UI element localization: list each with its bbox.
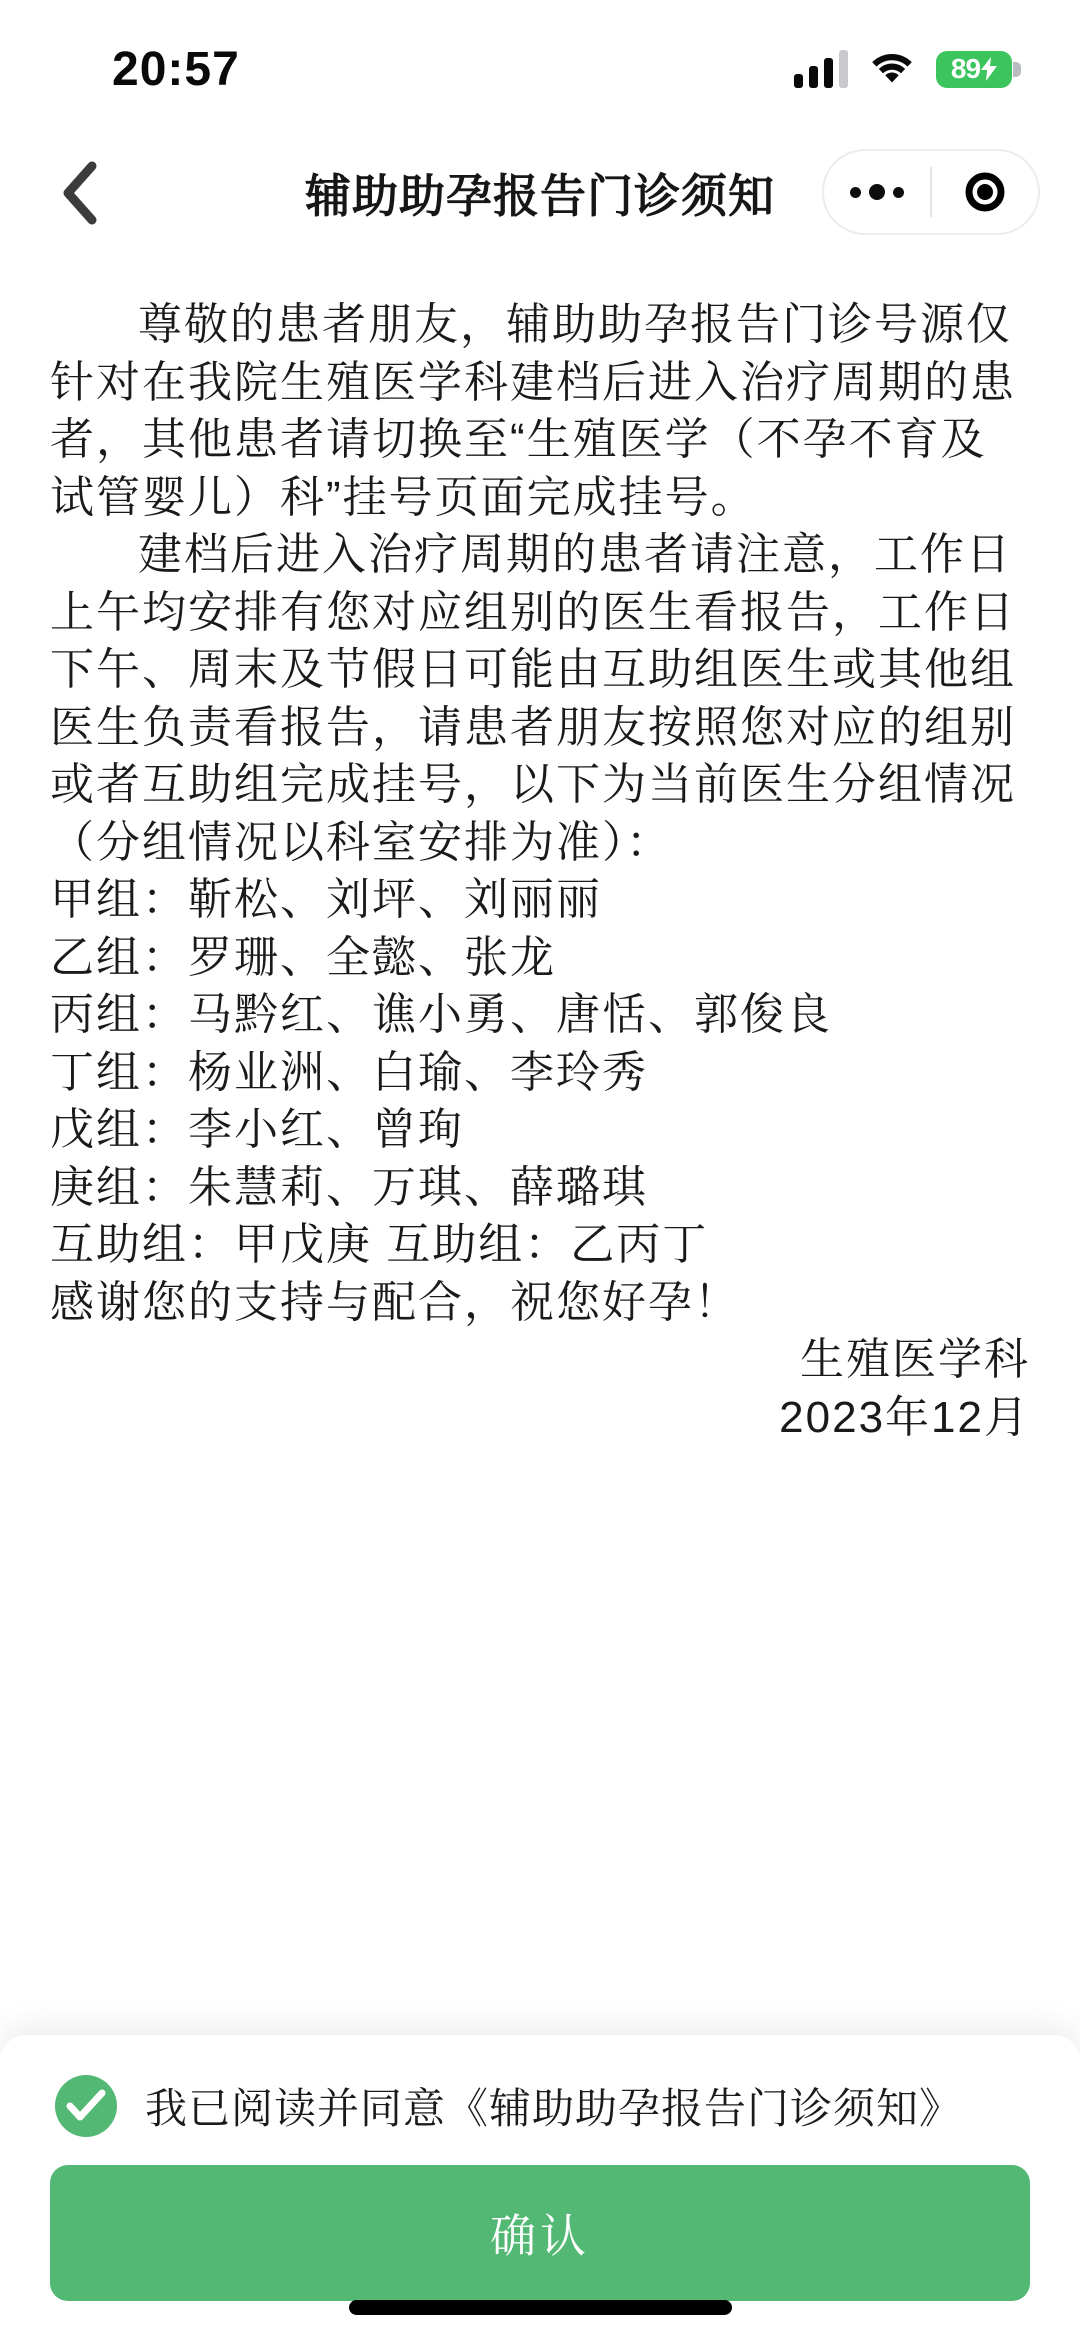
notice-paragraph: 尊敬的患者朋友，辅助助孕报告门诊号源仅针对在我院生殖医学科建档后进入治疗周期的患… [50, 296, 1030, 526]
bottom-sheet: 我已阅读并同意《辅助助孕报告门诊须知》 确认 [0, 2035, 1080, 2337]
signature-date: 2023年12月 [50, 1389, 1030, 1447]
agreement-checkbox[interactable] [55, 2075, 117, 2137]
doctor-group-line: 丁组：杨业洲、白瑜、李玲秀 [50, 1044, 1030, 1102]
nav-bar: 辅助助孕报告门诊须知 [0, 145, 1080, 240]
agreement-label[interactable]: 我已阅读并同意《辅助助孕报告门诊须知》 [145, 2076, 962, 2136]
status-bar: 20:57 89 [0, 38, 1080, 100]
signature-department: 生殖医学科 [50, 1331, 1030, 1389]
clock-time: 20:57 [112, 42, 240, 97]
doctor-group-line: 互助组：甲戊庚 互助组：乙丙丁 [50, 1216, 1030, 1274]
cellular-signal-icon [794, 50, 848, 88]
miniapp-more-button[interactable] [824, 151, 930, 233]
charging-bolt-icon [981, 57, 997, 81]
miniapp-screen: 20:57 89 辅助助孕报告门诊须知 [0, 0, 1080, 2337]
doctor-group-line: 丙组：马黔红、谯小勇、唐恬、郭俊良 [50, 986, 1030, 1044]
ellipsis-icon [850, 184, 904, 200]
home-indicator[interactable] [349, 2300, 732, 2315]
doctor-group-line: 乙组：罗珊、全懿、张龙 [50, 929, 1030, 987]
doctor-group-line: 戊组：李小红、曾珣 [50, 1101, 1030, 1159]
notice-body: 尊敬的患者朋友，辅助助孕报告门诊号源仅针对在我院生殖医学科建档后进入治疗周期的患… [50, 296, 1030, 1446]
miniapp-capsule [822, 149, 1040, 235]
thanks-line: 感谢您的支持与配合，祝您好孕！ [50, 1274, 1030, 1332]
battery-percent: 89 [951, 53, 980, 85]
doctor-group-line: 庚组：朱慧莉、万琪、薛璐琪 [50, 1159, 1030, 1217]
doctor-group-line: 甲组：靳松、刘坪、刘丽丽 [50, 871, 1030, 929]
miniapp-close-button[interactable] [932, 151, 1038, 233]
agreement-row: 我已阅读并同意《辅助助孕报告门诊须知》 [55, 2075, 962, 2137]
notice-paragraph: 建档后进入治疗周期的患者请注意，工作日上午均安排有您对应组别的医生看报告，工作日… [50, 526, 1030, 871]
status-icons: 89 [794, 49, 1012, 90]
battery-icon: 89 [936, 51, 1012, 88]
wifi-icon [868, 49, 916, 90]
circle-dot-icon [961, 168, 1009, 216]
checkmark-icon [66, 2089, 106, 2123]
confirm-button[interactable]: 确认 [50, 2165, 1030, 2301]
